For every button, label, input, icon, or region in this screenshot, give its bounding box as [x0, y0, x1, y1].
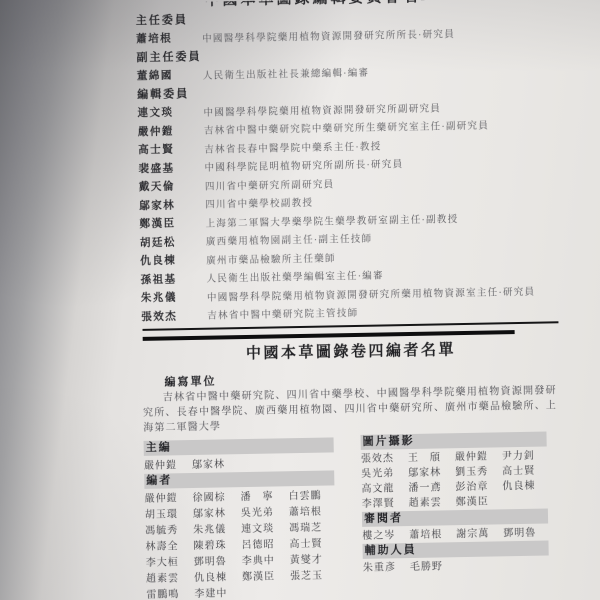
person-name: 仇良棟: [502, 476, 549, 492]
person-name: 鄧明魯: [503, 523, 550, 539]
member-name: 裴盛基: [138, 160, 188, 176]
person-name: 呂德昭: [241, 535, 289, 551]
member-name: 鄔家林: [139, 197, 189, 213]
member-name: 董綿國: [137, 67, 187, 83]
roster-left-column: 主編 嚴仲鎧 鄔家林 編者 嚴仲鎧 徐國棕 潘 寧 白雲鵬 胡玉環 鄔家林 吳光…: [144, 437, 347, 600]
person-name: 馮瑞芝: [289, 518, 337, 534]
person-name: 高士賢: [289, 534, 337, 550]
member-name: 孫祖基: [140, 271, 190, 287]
person-name: 高士賢: [502, 461, 549, 477]
member-name: 嚴仲鎧: [138, 123, 188, 139]
member-title: 中國醫學科學院藥用植物資源開發研究所副研究員: [203, 100, 441, 118]
person-name: 蕭培根: [409, 525, 456, 541]
person-name: 鄔家林: [408, 463, 455, 479]
person-name: 仇良棟: [194, 568, 242, 584]
person-name: 鄧明魯: [194, 552, 242, 568]
person-name: 嚴仲鎧: [144, 489, 192, 505]
member-name: 高士賢: [138, 141, 188, 157]
person-name: 馮毓秀: [145, 520, 193, 536]
person-name: 胡玉環: [145, 505, 193, 521]
reviewers-row: 樓之岑 蕭培根 謝宗萬 鄧明魯: [362, 523, 557, 542]
person-name: 高文龍: [361, 479, 408, 495]
member-title: 吉林省長春中醫學院中藥系主任·教授: [204, 138, 381, 155]
roster-title: 中國本草圖錄卷四編者名單: [141, 336, 561, 365]
member-name: 連文琰: [137, 104, 187, 120]
member-name: 鄭漢臣: [139, 215, 189, 231]
person-name: 嚴仲鎧: [144, 456, 192, 472]
person-name: 李大桓: [146, 552, 194, 568]
person-name: 吳光弟: [241, 503, 289, 519]
person-name: 鄭漢臣: [242, 567, 290, 583]
person-name: 趙素雲: [146, 568, 194, 584]
person-name: 趙素雲: [409, 493, 456, 509]
member-title: 四川省中藥研究所副研究員: [205, 176, 335, 192]
roster-right-column: 圖片攝影 張效杰 王 頎 嚴仲鎧 尹力釗 吳光弟 鄔家林 劉玉秀 高士賢 高文龍…: [360, 431, 558, 574]
person-name: 鄭漢臣: [456, 492, 503, 508]
person-name: 朱兆儀: [193, 520, 241, 536]
person-name: 李典中: [242, 551, 290, 567]
member-title: 中國科學院昆明植物研究所副所長·研究員: [204, 156, 403, 174]
person-name: 張芝玉: [290, 566, 338, 582]
member-title: 廣西藥用植物園副主任·副主任技師: [206, 231, 373, 248]
person-name: 朱重彥: [363, 558, 410, 574]
person-name: 王 頎: [408, 448, 455, 464]
compiling-units-text: 吉林省中醫中藥研究院、四川省中藥學校、中國醫學科學院藥用植物資源開發研究所、長春…: [143, 383, 558, 436]
editors-row: 雷鵬鳴 李建中: [146, 581, 346, 600]
photography-row: 李澤賢 趙素雲 鄭漢臣: [362, 491, 557, 510]
person-name: 連文琰: [241, 519, 289, 535]
person-name: 李建中: [194, 584, 242, 600]
member-title: 人民衛生出版社藥學編輯室主任·編審: [206, 268, 383, 285]
person-name: 林壽全: [145, 536, 193, 552]
person-name: 雷鵬鳴: [146, 584, 194, 600]
person-name: 劉玉秀: [455, 462, 502, 478]
person-name: 張效杰: [361, 449, 408, 465]
member-name: 蕭培根: [136, 30, 186, 46]
person-name: 白雲鵬: [288, 486, 336, 502]
person-name: 鄔家林: [193, 504, 241, 520]
section-heading-compiling-units: 編寫單位: [164, 373, 216, 390]
assistants-row: 朱重彥 毛勝野: [363, 555, 558, 574]
member-name: 張效杰: [141, 308, 191, 324]
member-name: 戴天倫: [139, 178, 189, 194]
member-title: 吉林省中醫中藥研究院主管技師: [207, 305, 358, 322]
person-name: 潘 寧: [240, 487, 288, 503]
person-name: 潘一鳶: [408, 478, 455, 494]
member-title: 上海第二軍醫大學藥學院生藥學教研室副主任·副教授: [205, 211, 458, 230]
person-name: 謝宗萬: [456, 524, 503, 540]
editorial-committee-list: 主任委員 蕭培根 中國醫學科學院藥用植物資源開發研究所所長·研究員 副主任委員 …: [136, 3, 572, 325]
person-name: 彭治章: [455, 477, 502, 493]
member-name: 朱兆儀: [141, 289, 191, 305]
person-name: 尹力釗: [502, 446, 549, 462]
member-title: 人民衛生出版社社長兼總編輯·編審: [203, 64, 370, 81]
person-name: 李澤賢: [362, 494, 409, 510]
person-name: 陳碧珠: [193, 536, 241, 552]
person-name: 嚴仲鎧: [455, 447, 502, 463]
member-name: 胡廷松: [140, 234, 190, 250]
person-name: 鄔家林: [192, 455, 240, 471]
person-name: 蕭培根: [289, 502, 337, 518]
person-name: 毛勝野: [410, 557, 457, 573]
person-name: 吳光弟: [361, 464, 408, 480]
member-title: 廣州市藥品檢驗所主任藥師: [206, 250, 336, 266]
person-name: 黃燮才: [290, 550, 338, 566]
person-name: 樓之岑: [362, 526, 409, 542]
member-title: 中國醫學科學院藥用植物資源開發研究所所長·研究員: [202, 26, 455, 45]
chief-editors-row: 嚴仲鎧 鄔家林: [144, 452, 344, 472]
member-title: 四川省中藥學校副教授: [205, 195, 313, 211]
book-page: 中國本草圖錄編輯委員會名單 主任委員 蕭培根 中國醫學科學院藥用植物資源開發研究…: [0, 0, 600, 600]
member-name: 仇良棟: [140, 252, 190, 268]
person-name: 徐國棕: [192, 488, 240, 504]
